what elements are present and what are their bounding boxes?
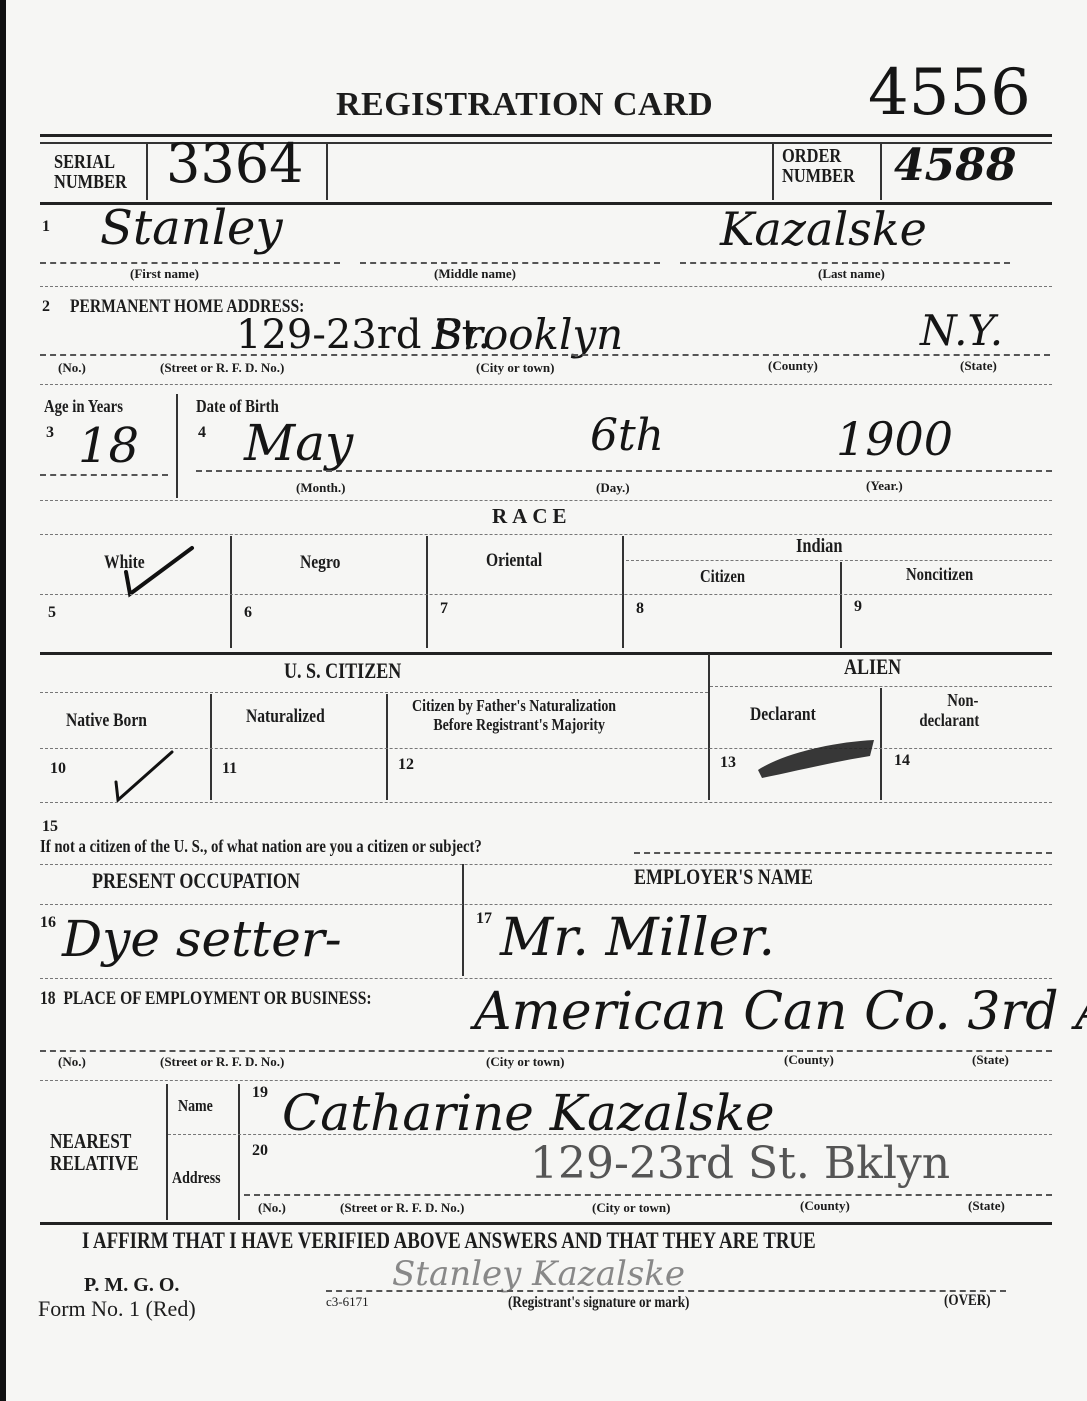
field-number-13: 13 [720, 754, 736, 772]
divider [462, 864, 464, 976]
divider [708, 654, 710, 800]
divider [326, 142, 328, 200]
birth-caption-month: (Month.) [296, 480, 345, 496]
home-city-value: Brooklyn [432, 310, 623, 359]
last-name-value: Kazalske [720, 202, 927, 256]
divider [196, 470, 1052, 472]
race-indian-citizen-label: Citizen [700, 566, 745, 587]
nation-question: If not a citizen of the U. S., of what n… [40, 836, 482, 857]
nondeclarant-line-2: declarant [919, 710, 979, 730]
divider [244, 1194, 1052, 1196]
field-number-20: 20 [252, 1142, 268, 1160]
order-label-line-1: ORDER [782, 146, 855, 166]
divider [386, 694, 388, 800]
citizen-by-father-line-1: Citizen by Father's Naturalization [412, 696, 616, 715]
print-code: c3-6171 [326, 1294, 369, 1310]
race-negro-label: Negro [300, 552, 340, 574]
divider [680, 262, 1010, 264]
signature-caption: (Registrant's signature or mark) [508, 1294, 689, 1312]
first-name-caption: (First name) [130, 266, 199, 282]
handwritten-card-number: 4556 [868, 56, 1031, 130]
address-caption-county: (County) [768, 358, 818, 374]
relative-caption-state: (State) [968, 1198, 1005, 1214]
divider [40, 286, 1052, 287]
middle-name-caption: (Middle name) [434, 266, 516, 282]
place-caption-state: (State) [972, 1052, 1009, 1068]
form-number-label: Form No. 1 (Red) [38, 1296, 196, 1322]
divider [40, 594, 1052, 595]
citizen-by-father-line-2: Before Registrant's Majority [412, 715, 616, 734]
address-caption-state: (State) [960, 358, 997, 374]
nearest-relative-line-1: NEAREST [50, 1130, 139, 1152]
scan-edge [0, 0, 6, 1401]
employer-header: EMPLOYER'S NAME [634, 864, 813, 890]
field-number-16: 16 [40, 914, 56, 932]
divider [40, 692, 708, 693]
place-caption-county: (County) [784, 1052, 834, 1068]
naturalized-label: Naturalized [246, 706, 325, 728]
scribble-mark-icon [752, 736, 880, 784]
field-number-11: 11 [222, 760, 237, 778]
field-number-10: 10 [50, 760, 66, 778]
divider [238, 1084, 240, 1220]
relative-name-label: Name [178, 1096, 213, 1116]
divider [772, 142, 774, 200]
birth-month-value: May [244, 414, 353, 472]
divider [40, 1222, 1052, 1225]
divider [210, 694, 212, 800]
field-number-8: 8 [636, 600, 644, 618]
divider [360, 262, 660, 264]
relative-address-value: 129-23rd St. Bklyn [530, 1138, 950, 1189]
first-name-value: Stanley [100, 200, 283, 256]
serial-label-line-1: SERIAL [54, 152, 127, 172]
field-number-9: 9 [854, 598, 862, 616]
divider [880, 688, 882, 800]
divider [230, 536, 232, 648]
checkmark-icon [110, 748, 180, 804]
field-number-6: 6 [244, 604, 252, 622]
signature-line [326, 1290, 1006, 1292]
divider [146, 142, 148, 200]
address-caption-street: (Street or R. F. D. No.) [160, 360, 284, 376]
divider [40, 1080, 1052, 1081]
occupation-value: Dye setter- [62, 910, 342, 968]
nondeclarant-line-1: Non- [944, 690, 979, 710]
divider [40, 534, 1052, 535]
divider [840, 562, 842, 648]
divider [626, 560, 1052, 561]
order-number-value: 4588 [894, 140, 1016, 191]
divider [40, 1050, 1052, 1052]
divider [40, 384, 1052, 385]
birth-year-value: 1900 [836, 412, 953, 466]
declarant-label: Declarant [750, 704, 816, 726]
field-number-12: 12 [398, 756, 414, 774]
native-born-label: Native Born [66, 710, 147, 732]
age-value: 18 [78, 418, 139, 474]
divider [40, 864, 1052, 865]
citizen-by-father-label: Citizen by Father's Naturalization Befor… [412, 696, 616, 734]
field-number-19: 19 [252, 1084, 268, 1102]
serial-number-value: 3364 [166, 132, 303, 195]
last-name-caption: (Last name) [818, 266, 885, 282]
affirmation-statement: I AFFIRM THAT I HAVE VERIFIED ABOVE ANSW… [82, 1228, 816, 1254]
divider [426, 536, 428, 648]
divider [168, 1134, 1052, 1135]
serial-label-line-2: NUMBER [54, 172, 127, 192]
divider [40, 474, 168, 476]
relative-caption-county: (County) [800, 1198, 850, 1214]
race-indian-noncitizen-label: Noncitizen [906, 564, 973, 585]
relative-caption-street: (Street or R. F. D. No.) [340, 1200, 464, 1216]
order-number-label: ORDER NUMBER [782, 146, 855, 186]
age-label: Age in Years [44, 396, 123, 417]
field-number-5: 5 [48, 604, 56, 622]
field-number-2: 2 [42, 298, 50, 316]
order-label-line-2: NUMBER [782, 166, 855, 186]
us-citizen-title: U. S. CITIZEN [284, 658, 401, 684]
place-of-employment-label: 18 PLACE OF EMPLOYMENT OR BUSINESS: [40, 988, 372, 1010]
field-number-7: 7 [440, 600, 448, 618]
field-number-1: 1 [42, 218, 50, 236]
field-number-4: 4 [198, 424, 206, 442]
divider [40, 904, 1052, 905]
divider [40, 262, 340, 264]
nondeclarant-label: Non- declarant [944, 690, 979, 730]
birth-caption-year: (Year.) [866, 478, 903, 494]
nation-answer-line [634, 852, 1052, 854]
relative-caption-city: (City or town) [592, 1200, 670, 1216]
occupation-header: PRESENT OCCUPATION [92, 868, 300, 894]
divider [710, 686, 1052, 687]
divider [40, 802, 1052, 803]
field-number-3: 3 [46, 424, 54, 442]
registrant-signature: Stanley Kazalske [392, 1254, 685, 1294]
employer-value: Mr. Miller. [500, 908, 775, 968]
divider [166, 1084, 168, 1220]
divider [176, 394, 178, 498]
relative-caption-no: (No.) [258, 1200, 286, 1216]
race-oriental-label: Oriental [486, 550, 542, 572]
pmgo-label: P. M. G. O. [84, 1274, 179, 1297]
place-caption-no: (No.) [58, 1054, 86, 1070]
address-caption-no: (No.) [58, 360, 86, 376]
place-caption-street: (Street or R. F. D. No.) [160, 1054, 284, 1070]
divider [622, 536, 624, 648]
card-title: REGISTRATION CARD [336, 86, 713, 124]
field-number-14: 14 [894, 752, 910, 770]
divider [40, 748, 1052, 749]
field-number-18: 18 [40, 988, 56, 1009]
nearest-relative-label: NEAREST RELATIVE [50, 1130, 139, 1174]
race-indian-label: Indian [796, 535, 843, 558]
divider [40, 978, 1052, 979]
field-number-15: 15 [42, 818, 58, 836]
divider [40, 354, 1050, 356]
serial-number-label: SERIAL NUMBER [54, 152, 127, 192]
address-caption-city: (City or town) [476, 360, 554, 376]
place-of-employment-value: American Can Co. 3rd Av [474, 982, 1087, 1042]
relative-address-label: Address [172, 1168, 221, 1188]
birth-day-value: 6th [590, 410, 664, 461]
divider [40, 500, 1052, 501]
place-of-employment-label-text: PLACE OF EMPLOYMENT OR BUSINESS: [63, 988, 371, 1009]
race-title: RACE [492, 504, 572, 529]
birth-caption-day: (Day.) [596, 480, 630, 496]
field-number-17: 17 [476, 910, 492, 928]
place-caption-city: (City or town) [486, 1054, 564, 1070]
nearest-relative-line-2: RELATIVE [50, 1152, 139, 1174]
over-label: (OVER) [944, 1292, 991, 1310]
home-state-value: N.Y. [920, 306, 1003, 355]
alien-title: ALIEN [844, 654, 901, 680]
divider [880, 142, 882, 200]
checkmark-icon [120, 544, 200, 600]
